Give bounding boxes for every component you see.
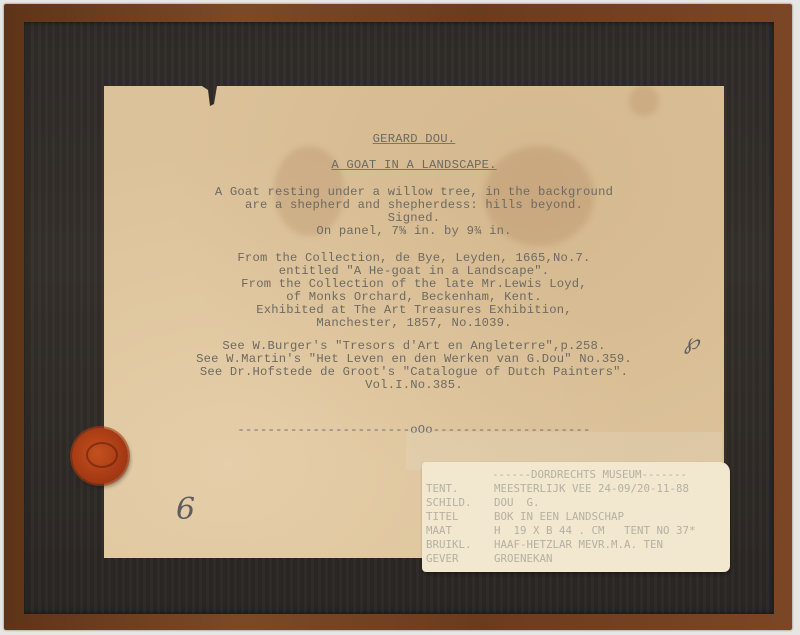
row-key: TITEL <box>426 510 494 523</box>
museum-label-row: BRUIKL.HAAF-HETZLAR MEVR.M.A. TEN <box>426 538 663 551</box>
row-value: HAAF-HETZLAR MEVR.M.A. TEN <box>494 538 663 551</box>
provenance-block: From the Collection, de Bye, Leyden, 166… <box>104 252 724 330</box>
handwritten-number: 6 <box>176 492 195 527</box>
painting-title: A GOAT IN A LANDSCAPE. <box>104 159 724 172</box>
stain <box>629 86 659 116</box>
row-value: H 19 X B 44 . CM TENT NO 37* <box>494 524 696 537</box>
row-key: MAAT <box>426 524 494 537</box>
row-value: GROENEKAN <box>494 552 553 565</box>
museum-label-header: ------DORDRECHTS MUSEUM------- <box>492 468 687 481</box>
reference-line: Vol.I.No.385. <box>104 379 724 392</box>
row-key: BRUIKL. <box>426 538 494 551</box>
row-value: DOU G. <box>494 496 540 509</box>
handwritten-mark: ℘ <box>684 330 699 355</box>
museum-label-row: GEVERGROENEKAN <box>426 552 553 565</box>
description-line: On panel, 7⅝ in. by 9¾ in. <box>104 225 724 238</box>
row-key: SCHILD. <box>426 496 494 509</box>
description-block: A Goat resting under a willow tree, in t… <box>104 186 724 238</box>
references-block: See W.Burger's "Tresors d'Art en Anglete… <box>104 340 724 392</box>
artist-name: GERARD DOU. <box>104 133 724 146</box>
museum-label-row: TITELBOK IN EEN LANDSCHAP <box>426 510 624 523</box>
museum-label: ------DORDRECHTS MUSEUM------- TENT.MEES… <box>422 462 730 572</box>
museum-label-row: TENT.MEESTERLIJK VEE 24-09/20-11-88 <box>426 482 689 495</box>
row-key: GEVER <box>426 552 494 565</box>
row-value: MEESTERLIJK VEE 24-09/20-11-88 <box>494 482 689 495</box>
row-value: BOK IN EEN LANDSCHAP <box>494 510 624 523</box>
provenance-line: Manchester, 1857, No.1039. <box>104 317 724 330</box>
museum-label-row: SCHILD.DOU G. <box>426 496 540 509</box>
row-key: TENT. <box>426 482 494 495</box>
museum-label-row: MAATH 19 X B 44 . CM TENT NO 37* <box>426 524 696 537</box>
wax-seal <box>72 428 128 484</box>
